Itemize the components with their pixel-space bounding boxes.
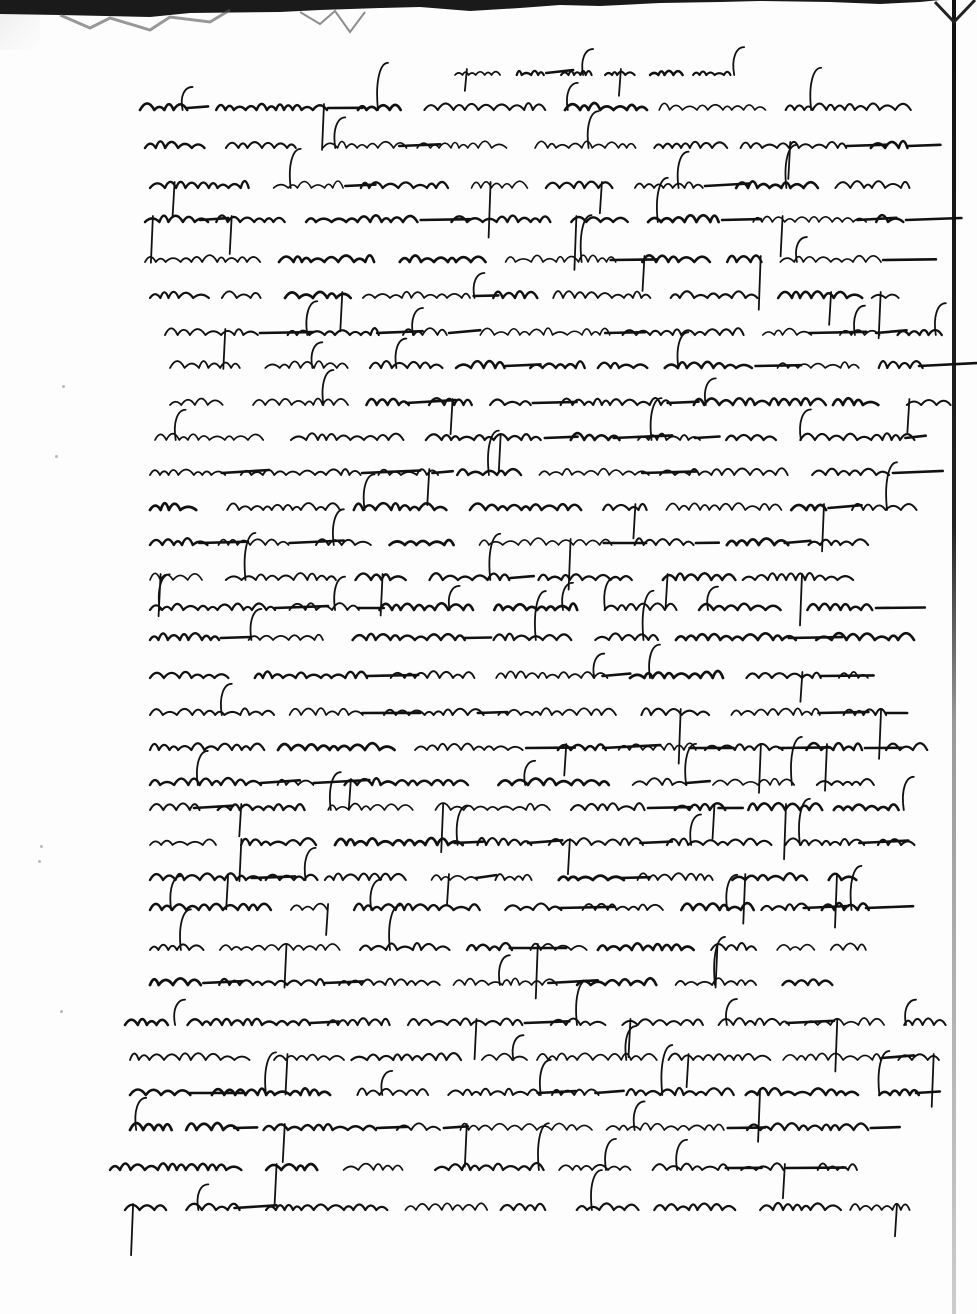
manuscript-line	[110, 1123, 857, 1205]
manuscript-page: soy fos ab dicone [...] e fagua [...] di…	[0, 0, 977, 1314]
manuscript-line	[455, 47, 744, 96]
manuscript-line	[145, 111, 940, 179]
manuscript-line	[150, 591, 914, 640]
manuscript-line	[165, 301, 946, 369]
manuscript-line	[150, 431, 943, 505]
handwritten-text	[0, 0, 977, 1314]
manuscript-line	[150, 462, 916, 551]
manuscript-line	[150, 684, 907, 764]
manuscript-line	[150, 906, 866, 999]
manuscript-line	[150, 743, 927, 793]
manuscript-line	[155, 398, 926, 473]
manuscript-line	[150, 645, 874, 702]
manuscript-line	[145, 178, 961, 270]
manuscript-line	[150, 937, 832, 985]
manuscript-line	[140, 63, 911, 150]
manuscript-line	[145, 215, 936, 310]
manuscript-line	[170, 332, 976, 368]
manuscript-line	[125, 1170, 910, 1255]
manuscript-line	[150, 848, 856, 928]
manuscript-line	[170, 370, 951, 434]
manuscript-line	[150, 145, 910, 238]
manuscript-line	[130, 1098, 900, 1167]
manuscript-line	[130, 1026, 939, 1107]
manuscript-line	[150, 273, 899, 338]
